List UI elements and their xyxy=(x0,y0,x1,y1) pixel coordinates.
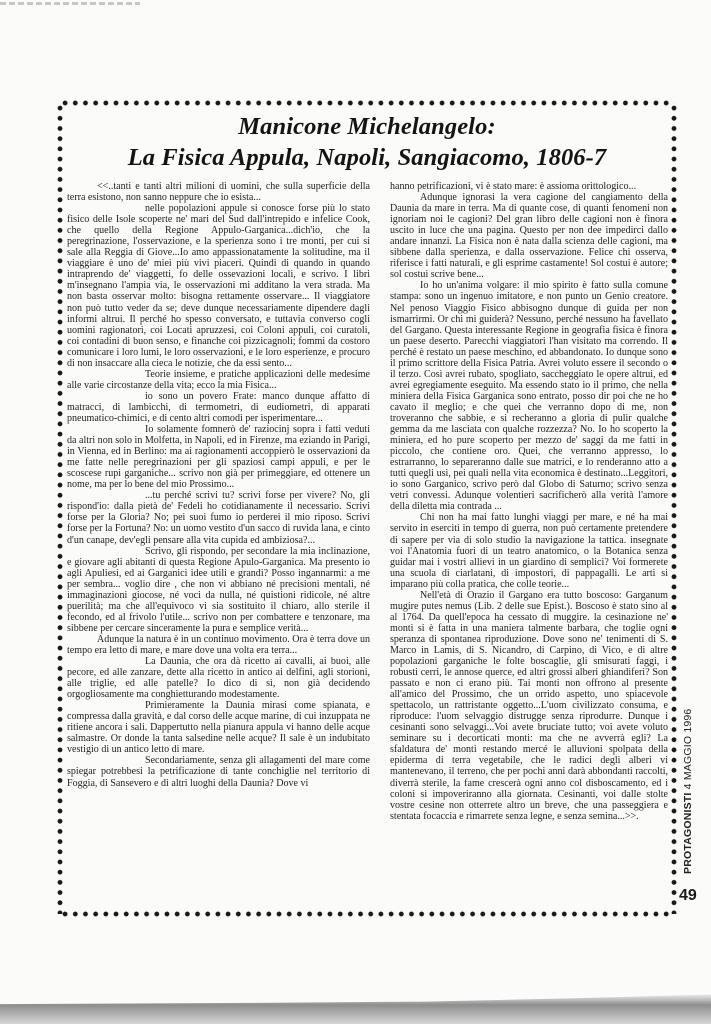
publication-caption: PROTAGONISTI 4 MAGGIO 1996 xyxy=(682,709,694,874)
paragraph: ...tu perché scrivi tu? scrivi forse per… xyxy=(67,490,370,545)
paragraph: Io solamente fomnerò de' raziocinj sopra… xyxy=(67,424,370,490)
paragraph: Secondariamente, senza gli allagamenti d… xyxy=(67,755,370,788)
page-number: 49 xyxy=(679,887,697,905)
publication-name: PROTAGONISTI xyxy=(682,792,694,874)
scan-edge-bottom xyxy=(0,992,711,1024)
paragraph: nelle popolazioni appule si conosce fors… xyxy=(67,203,370,369)
paragraph: Scrivo, gli rispondo, per secondare la m… xyxy=(67,546,370,634)
dotted-border-left xyxy=(57,103,63,914)
left-column: <<..tanti e tanti altri milioni di uomin… xyxy=(67,181,370,789)
title-line-2: La Fisica Appula, Napoli, Sangiacomo, 18… xyxy=(60,142,674,173)
paragraph: Primieramente la Daunia mirasi come spia… xyxy=(67,700,370,755)
paragraph: Adunque la natura è in un continuo movim… xyxy=(67,634,370,656)
paragraph: Nell'età di Orazio il Gargano era tutto … xyxy=(390,590,668,822)
article-title: Manicone Michelangelo: La Fisica Appula,… xyxy=(60,111,674,173)
title-line-1: Manicone Michelangelo: xyxy=(60,111,674,142)
paragraph: io sono un povero Frate: manco dunque af… xyxy=(67,391,370,424)
paragraph: <<..tanti e tanti altri milioni di uomin… xyxy=(67,181,370,203)
scan-artifact-top xyxy=(0,2,140,5)
paragraph: Io ho un'anima volgare: il mio spirito è… xyxy=(390,280,668,512)
right-column: hanno petrificazioni, vi è stato mare: è… xyxy=(390,181,668,822)
paragraph: La Daunia, che ora dà ricetto ai cavalli… xyxy=(67,656,370,700)
dotted-border-bottom xyxy=(60,911,674,917)
paragraph: Adunque ignorasi la vera cagione del can… xyxy=(390,192,668,280)
dotted-border-top xyxy=(60,100,674,106)
paragraph: hanno petrificazioni, vi è stato mare: è… xyxy=(390,181,668,192)
paragraph: Chi non ha mai fatto lunghi viaggi per m… xyxy=(390,512,668,589)
dotted-border-right xyxy=(671,103,677,914)
paragraph: Teorie insieme, e pratiche applicazioni … xyxy=(67,369,370,391)
dotted-frame: Manicone Michelangelo: La Fisica Appula,… xyxy=(60,103,674,914)
publication-issue: 4 MAGGIO 1996 xyxy=(682,709,694,790)
